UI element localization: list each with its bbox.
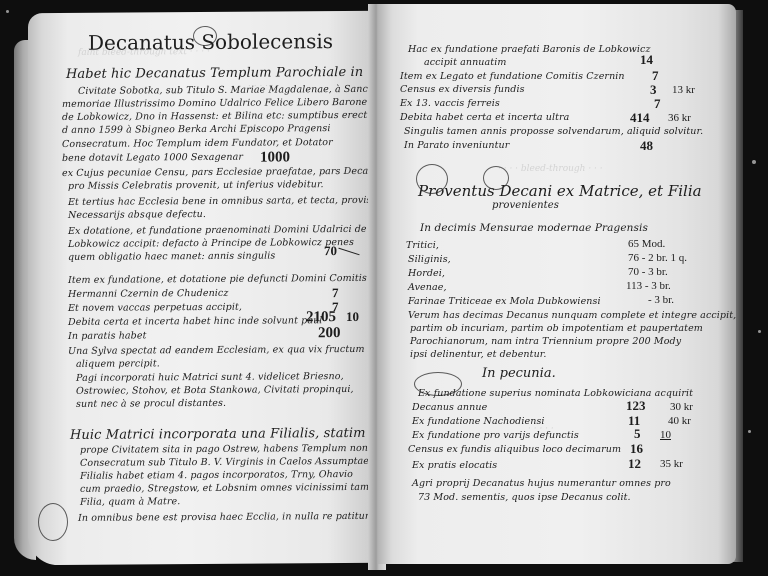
amount: 48 (640, 138, 653, 154)
amount-extra: 36 kr (668, 112, 691, 124)
text-line: In paratis habet (68, 330, 147, 342)
section-subheading: provenientes (492, 200, 559, 211)
subsection-heading: In pecunia. (482, 366, 556, 381)
text-line: pro Missis Celebratis provenit, ut infer… (68, 179, 324, 192)
text-line: Necessarijs absque defectu. (68, 209, 206, 221)
text-line: quem obligatio haec manet: annis singuli… (68, 251, 275, 263)
text-line: Hac ex fundatione praefati Baronis de Lo… (408, 44, 651, 55)
grain-value: 113 - 3 br. (626, 280, 671, 292)
text-line: Ex dotatione, et fundatione praenominati… (68, 224, 367, 237)
amount: 70 (324, 243, 337, 259)
text-line: Pagi incorporati huic Matrici sunt 4. vi… (76, 371, 344, 384)
text-line: Census ex diversis fundis (400, 84, 525, 95)
text-line: Habet hic Decanatus Templum Parochiale i… (66, 65, 363, 82)
money-value: 5 (634, 426, 641, 442)
text-line: aliquem percipit. (76, 358, 160, 370)
subsection-heading: In decimis Mensurae modernae Pragensis (420, 222, 648, 234)
amount: 14 (640, 52, 653, 68)
money-label: Census ex fundis aliquibus loco decimaru… (408, 444, 621, 455)
money-value: 123 (626, 398, 646, 414)
grain-label: Farinae Triticeae ex Mola Dubkowiensi (408, 296, 601, 307)
text-line: ex Cujus pecuniae Censu, pars Ecclesiae … (62, 166, 380, 179)
text-line: In omnibus bene est provisa haec Ecclia,… (78, 510, 380, 523)
section-heading: Proventus Decani ex Matrice, et Filia (418, 182, 702, 200)
amount: 414 (630, 110, 650, 126)
text-line: Verum has decimas Decanus nunquam comple… (408, 310, 736, 321)
text-line: de Lobkowicz, Dno in Hassenst: et Bilina… (62, 110, 380, 123)
text-line: Civitate Sobotka, sub Titulo S. Mariae M… (78, 84, 380, 97)
text-line: Filialis habet etiam 4. pagos incorporat… (80, 469, 353, 482)
money-value: 12 (628, 456, 641, 472)
grain-value: - 3 br. (648, 294, 674, 306)
text-line: cum praedio, Stregstow, et Lobsnim omnes… (80, 482, 378, 495)
amount: 1000 (260, 149, 290, 166)
text-line: Et novem vaccas perpetuas accipit, (68, 302, 242, 314)
money-extra: 35 kr (660, 458, 683, 470)
money-extra: 30 kr (670, 401, 693, 413)
text-line: partim ob incuriam, partim ob impotentia… (410, 323, 703, 334)
text-line: Singulis tamen annis proposse solvendaru… (404, 126, 703, 137)
text-line: Debita certa et incerta habet hinc inde … (68, 315, 322, 328)
grain-label: Siliginis, (408, 254, 451, 265)
text-line: Ostrowiec, Stohov, et Bota Stankowa, Civ… (76, 384, 354, 397)
text-line: accipit annuatim (424, 57, 506, 68)
text-line: Lobkowicz accipit: defacto à Principe de… (68, 237, 354, 250)
text-line: Parochianorum, nam intra Triennium propr… (410, 336, 681, 347)
text-line: Et tertius hac Ecclesia bene in omnibus … (68, 195, 377, 208)
grain-label: Hordei, (408, 268, 445, 279)
money-label: Ex fundatione Nachodiensi (412, 416, 545, 427)
open-manuscript-book: faint bleed-through text · · · · · · · ·… (0, 0, 768, 576)
amount: 7 (654, 96, 661, 112)
text-line: ipsi delinentur, et debentur. (410, 349, 547, 360)
text-line: Agri proprij Decanatus hujus numerantur … (412, 478, 671, 489)
grain-value: 70 - 3 br. (628, 266, 668, 278)
text-line: Hermanni Czernin de Chudenicz (68, 288, 228, 300)
text-line: memoriae Illustrissimo Domino Udalrico F… (62, 97, 367, 110)
grain-value: 76 - 2 br. 1 q. (628, 252, 687, 264)
money-label: Decanus annue (412, 402, 487, 413)
text-line: Item ex fundatione, et dotatione pie def… (68, 273, 367, 286)
text-line: Consecratum. Hoc Templum idem Fundator, … (62, 137, 333, 150)
amount: 10 (346, 309, 359, 325)
left-page: faint bleed-through text · · · · · · · ·… (28, 11, 380, 565)
grain-label: Tritici, (406, 240, 439, 251)
text-line: prope Civitatem sita in pago Ostrew, hab… (80, 443, 368, 456)
money-label: Ex fundatione pro varijs defunctis (412, 430, 579, 441)
money-label: Ex fundatione superius nominata Lobkowic… (418, 388, 693, 399)
text-line: In Parato inveniuntur (404, 140, 509, 151)
money-extra: 40 kr (668, 415, 691, 427)
text-line: 73 Mod. sementis, quos ipse Decanus coli… (418, 492, 631, 503)
amount: 200 (318, 325, 341, 342)
money-label: Ex pratis elocatis (412, 460, 497, 471)
text-line: Una Sylva spectat ad eandem Ecclesiam, e… (68, 344, 365, 357)
amount-extra: 13 kr (672, 84, 695, 96)
money-value: 16 (630, 441, 643, 457)
text-line: Item ex Legato et fundatione Comitis Cze… (400, 71, 625, 82)
text-line: Huic Matrici incorporata una Filialis, s… (70, 426, 366, 443)
text-line: Filia, quam à Matre. (80, 496, 180, 508)
grain-value: 65 Mod. (628, 238, 665, 250)
text-line: d anno 1599 à Sbigneo Berka Archi Episco… (62, 123, 331, 136)
amount: 2105 (306, 309, 336, 326)
money-extra: 10 (660, 429, 671, 441)
text-line: bene dotavit Legato 1000 Sexagenar (62, 152, 243, 164)
right-page: · · · · bleed-through · · · · · · · · Ha… (378, 4, 736, 564)
text-line: Debita habet certa et incerta ultra (400, 112, 569, 123)
text-line: Ex 13. vaccis ferreis (400, 98, 500, 109)
text-line: Consecratum sub Titulo B. V. Virginis in… (80, 456, 380, 469)
grain-label: Avenae, (408, 282, 447, 293)
text-line: sunt nec à se procul distantes. (76, 398, 226, 410)
